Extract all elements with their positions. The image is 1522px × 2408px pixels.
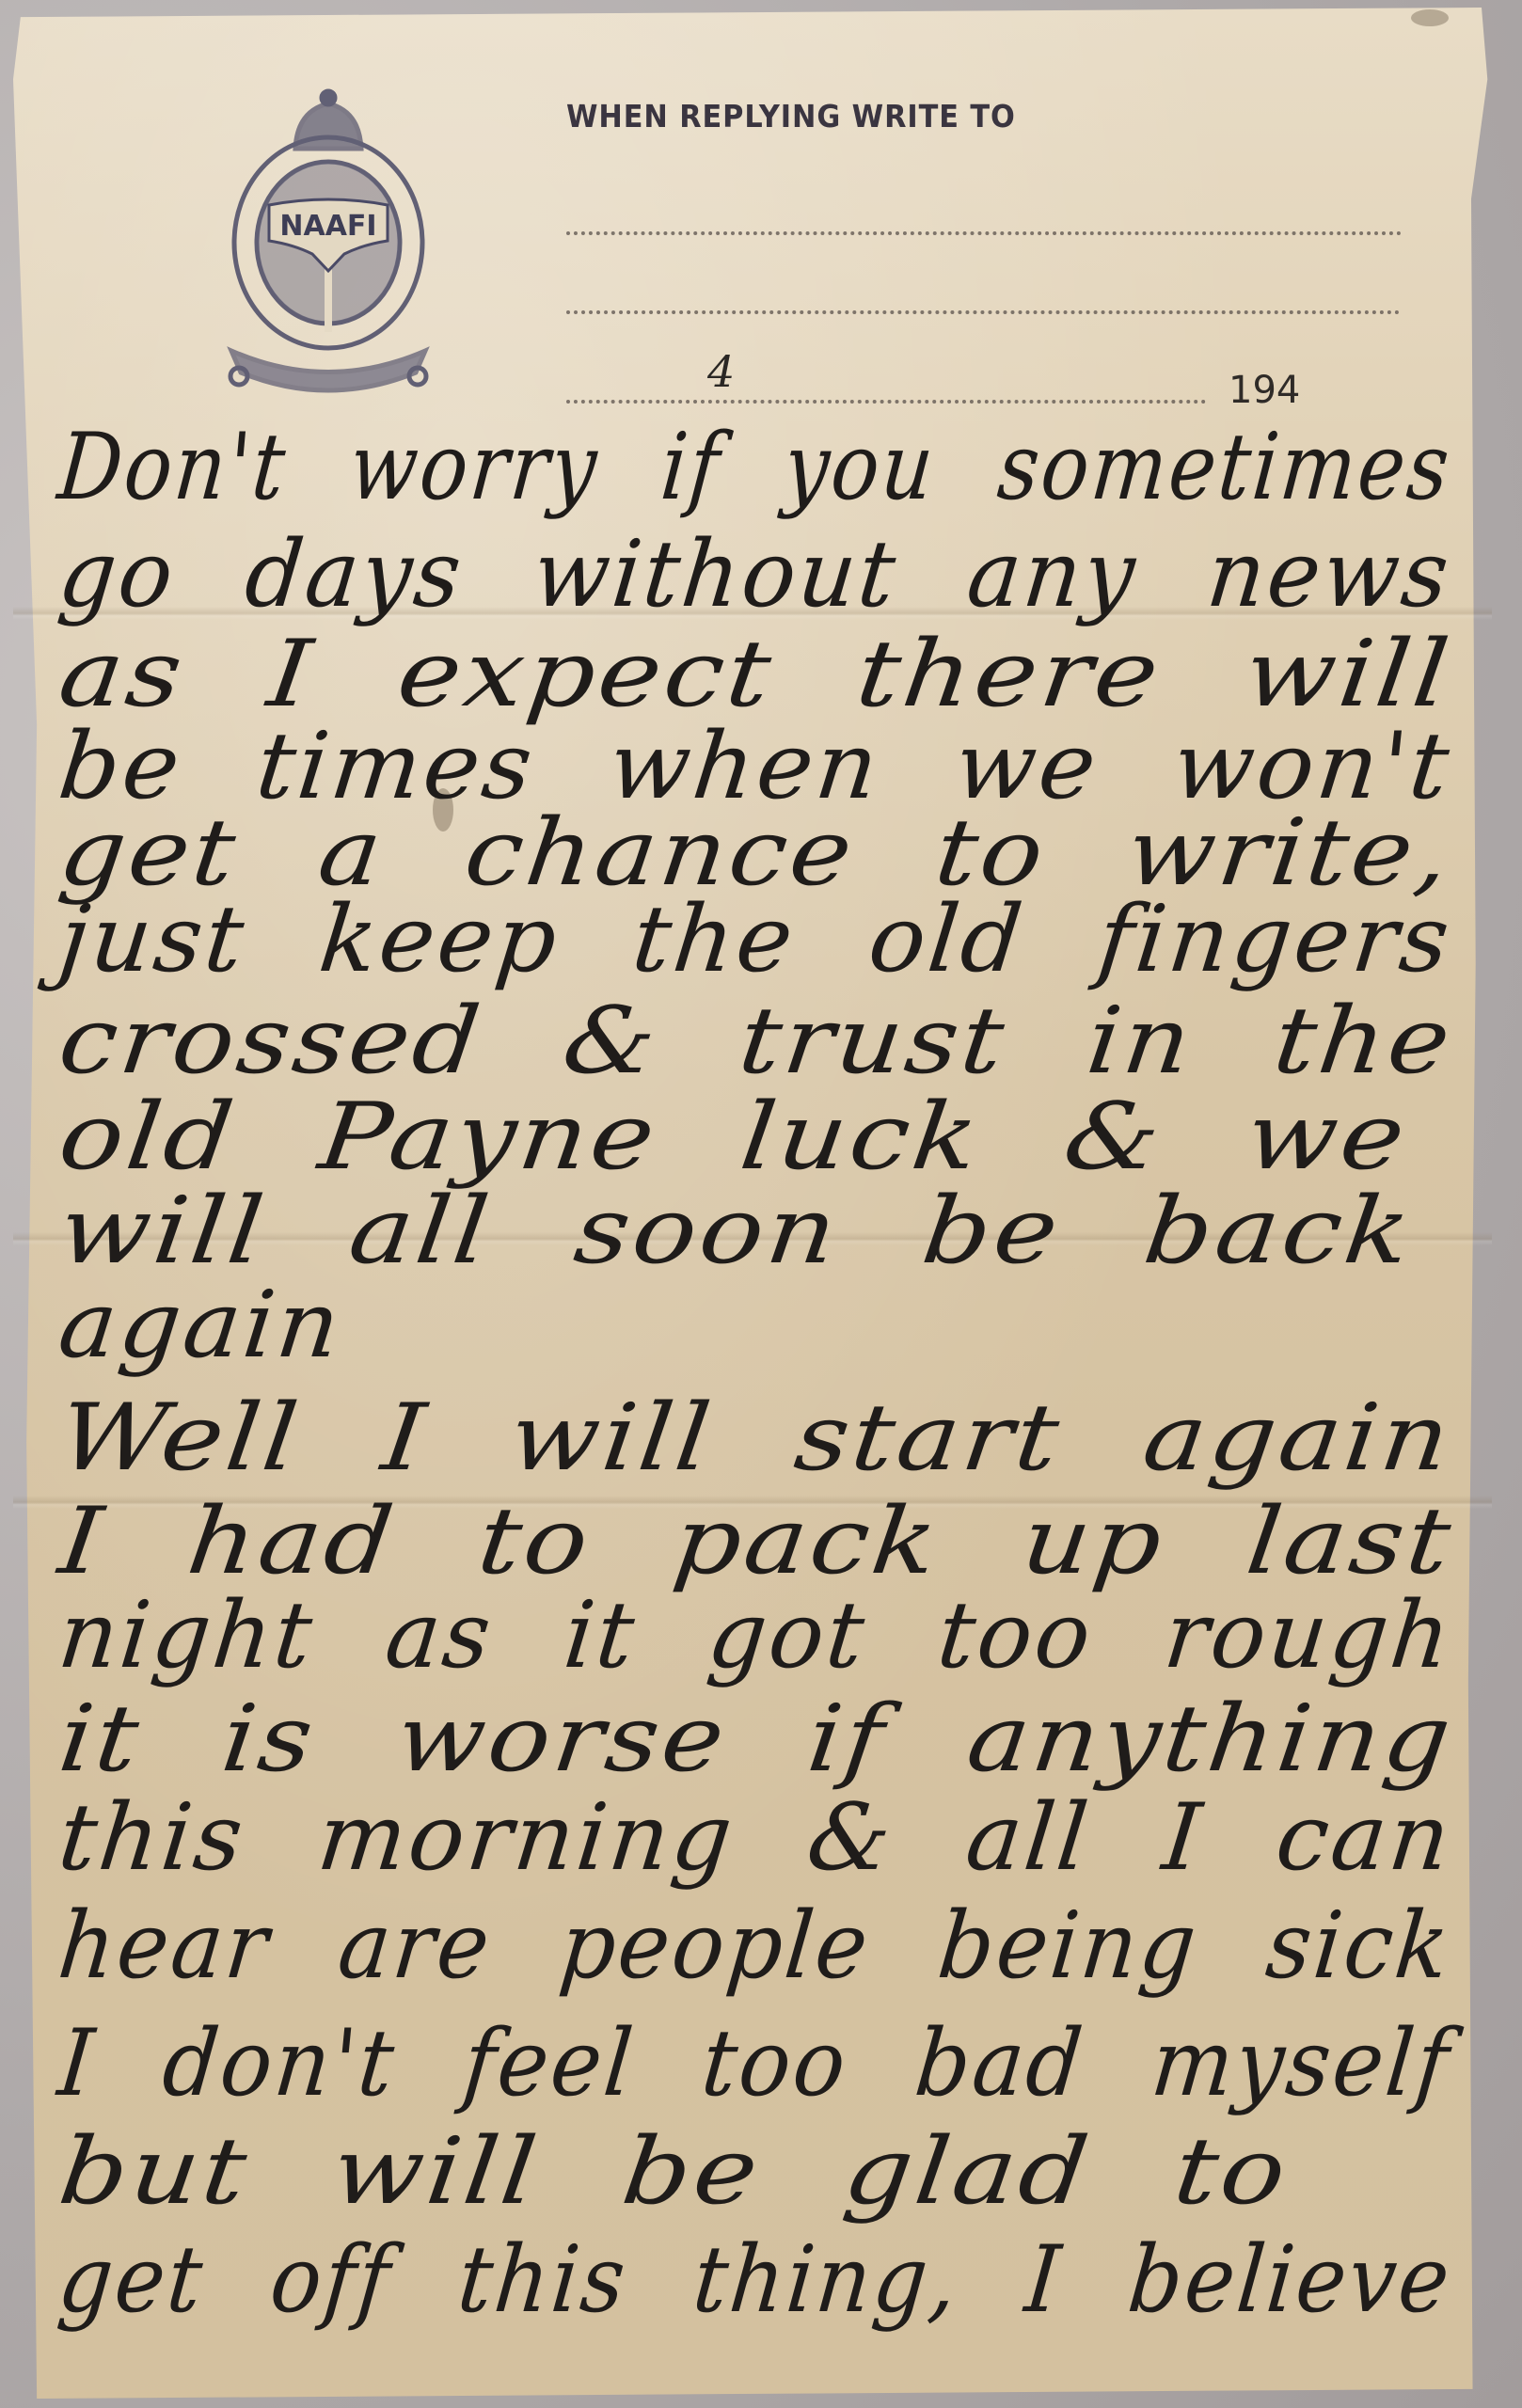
handwritten-line: get off this thing, I believe [55,2234,1455,2326]
handwritten-line: go days without any news [55,529,1455,621]
letter-body: Don't worry if you sometimes go days wit… [0,0,1522,2408]
handwritten-line: as I expect there will [55,628,1456,721]
handwritten-line: hear are people being sick [55,1900,1455,1992]
handwritten-line: it is worse if anything [55,1693,1458,1785]
handwritten-line: just keep the old fingers [55,894,1456,986]
handwritten-line: crossed & trust in the [55,995,1458,1087]
handwritten-line: will all soon be back [55,1185,1419,1277]
handwritten-line: I don't feel too bad myself [55,2018,1455,2110]
handwritten-line: Don't worry if you sometimes [55,421,1455,514]
handwritten-line: I had to pack up last [55,1496,1458,1588]
handwritten-line: but will be glad to [55,2126,1293,2218]
handwritten-line: night as it got too rough [55,1590,1457,1682]
handwritten-line: again [55,1279,347,1371]
handwritten-line: this morning & all I can [55,1792,1457,1884]
handwritten-line: Well I will start again [55,1392,1457,1484]
handwritten-line: old Payne luck & we [55,1091,1413,1183]
